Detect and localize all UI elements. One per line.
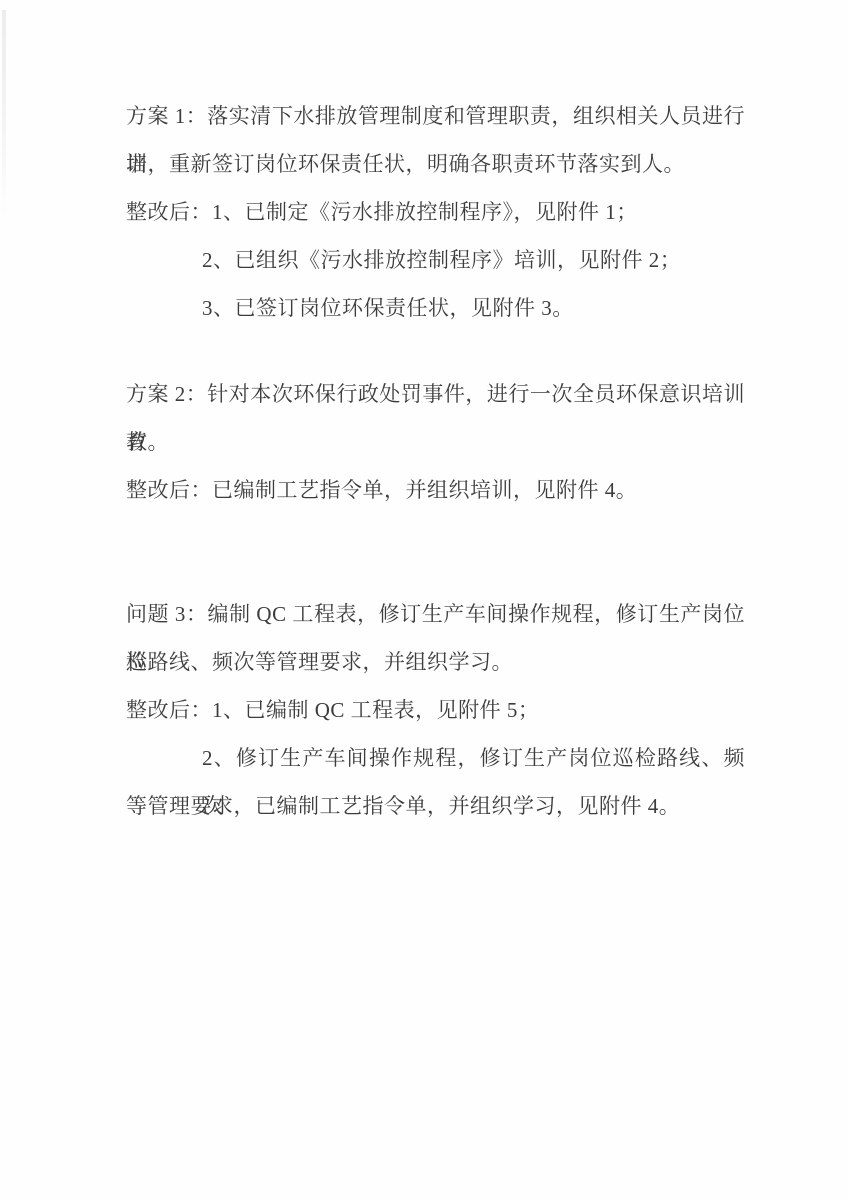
doc-line: 等管理要求，已编制工艺指令单，并组织学习，见附件 4。: [126, 782, 745, 830]
doc-line-list-item: 2、修订生产车间操作规程，修订生产岗位巡检路线、频次: [202, 734, 745, 782]
paragraph-plan-2: 方案 2：针对本次环保行政处罚事件，进行一次全员环保意识培训教 育。 整改后：已…: [126, 370, 745, 514]
doc-line: 整改后：已编制工艺指令单，并组织培训，见附件 4。: [126, 466, 745, 514]
doc-line: 问题 3：编制 QC 工程表，修订生产车间操作规程，修订生产岗位巡: [126, 590, 745, 638]
doc-line: 方案 2：针对本次环保行政处罚事件，进行一次全员环保意识培训教: [126, 370, 745, 418]
doc-line: 育。: [126, 418, 745, 466]
doc-line-list-item: 2、已组织《污水排放控制程序》培训，见附件 2；: [202, 236, 745, 284]
doc-line: 训，重新签订岗位环保责任状，明确各职责环节落实到人。: [126, 140, 745, 188]
doc-line: 整改后：1、已编制 QC 工程表，见附件 5；: [126, 686, 745, 734]
document-body: 方案 1：落实清下水排放管理制度和管理职责，组织相关人员进行培 训，重新签订岗位…: [126, 92, 745, 830]
doc-line-list-item: 3、已签订岗位环保责任状，见附件 3。: [202, 284, 745, 332]
doc-line: 整改后：1、已制定《污水排放控制程序》，见附件 1；: [126, 188, 745, 236]
doc-line: 检路线、频次等管理要求，并组织学习。: [126, 638, 745, 686]
paragraph-issue-3: 问题 3：编制 QC 工程表，修订生产车间操作规程，修订生产岗位巡 检路线、频次…: [126, 590, 745, 830]
paragraph-plan-1: 方案 1：落实清下水排放管理制度和管理职责，组织相关人员进行培 训，重新签订岗位…: [126, 92, 745, 332]
scanned-page: 方案 1：落实清下水排放管理制度和管理职责，组织相关人员进行培 训，重新签订岗位…: [0, 0, 848, 1200]
scan-edge-artifact: [2, 10, 6, 220]
doc-line: 方案 1：落实清下水排放管理制度和管理职责，组织相关人员进行培: [126, 92, 745, 140]
